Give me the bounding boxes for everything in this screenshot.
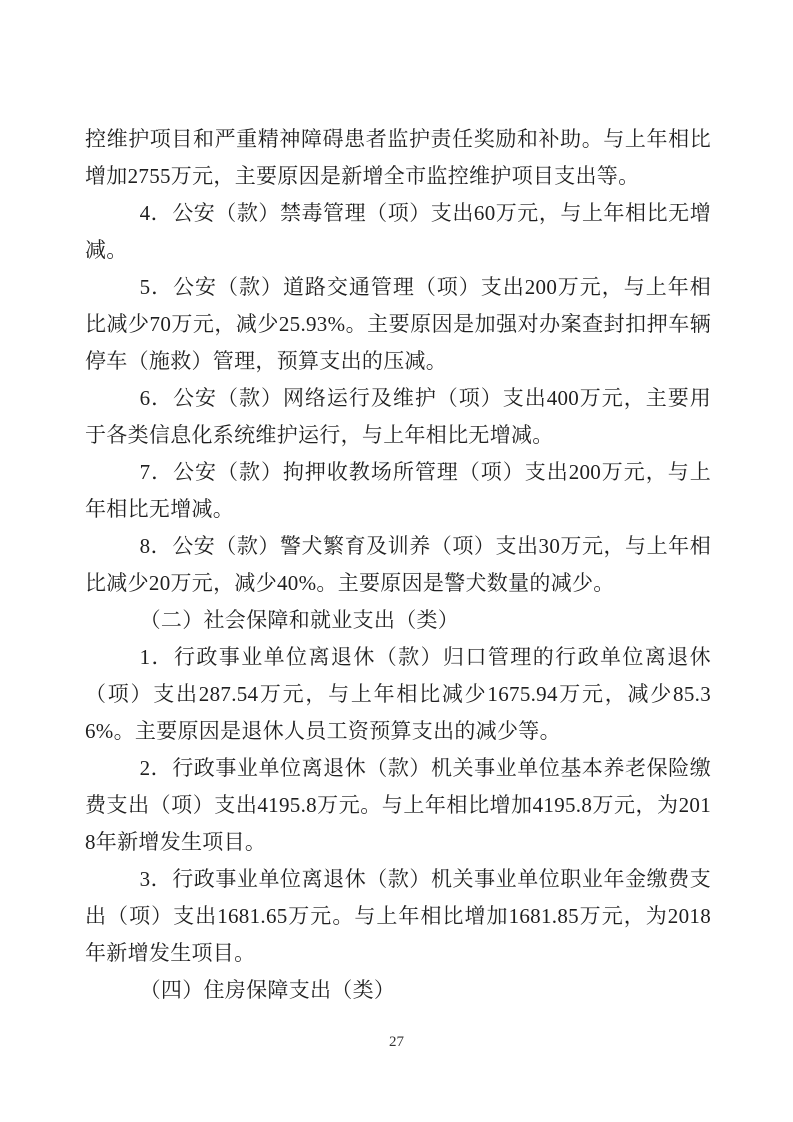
page-number: 27	[389, 1034, 404, 1051]
paragraph-item-4: 4．公安（款）禁毒管理（项）支出60万元，与上年相比无增减。	[85, 195, 711, 269]
page-footer: 27	[0, 1033, 793, 1051]
paragraph-continuation: 控维护项目和严重精神障碍患者监护责任奖励和补助。与上年相比增加2755万元，主要…	[85, 121, 711, 195]
paragraph-item-8: 8．公安（款）警犬繁育及训养（项）支出30万元，与上年相比减少20万元，减少40…	[85, 528, 711, 602]
section-heading-2: （二）社会保障和就业支出（类）	[85, 602, 711, 639]
document-page: 控维护项目和严重精神障碍患者监护责任奖励和补助。与上年相比增加2755万元，主要…	[0, 0, 793, 1122]
paragraph-item-1: 1．行政事业单位离退休（款）归口管理的行政单位离退休（项）支出287.54万元，…	[85, 639, 711, 750]
section-heading-4: （四）住房保障支出（类）	[85, 972, 711, 1009]
paragraph-item-6: 6．公安（款）网络运行及维护（项）支出400万元，主要用于各类信息化系统维护运行…	[85, 380, 711, 454]
paragraph-item-3: 3．行政事业单位离退休（款）机关事业单位职业年金缴费支出（项）支出1681.65…	[85, 861, 711, 972]
paragraph-item-2: 2．行政事业单位离退休（款）机关事业单位基本养老保险缴费支出（项）支出4195.…	[85, 750, 711, 861]
paragraph-item-7: 7．公安（款）拘押收教场所管理（项）支出200万元，与上年相比无增减。	[85, 454, 711, 528]
document-body: 控维护项目和严重精神障碍患者监护责任奖励和补助。与上年相比增加2755万元，主要…	[85, 121, 711, 1009]
paragraph-item-5: 5．公安（款）道路交通管理（项）支出200万元，与上年相比减少70万元，减少25…	[85, 269, 711, 380]
